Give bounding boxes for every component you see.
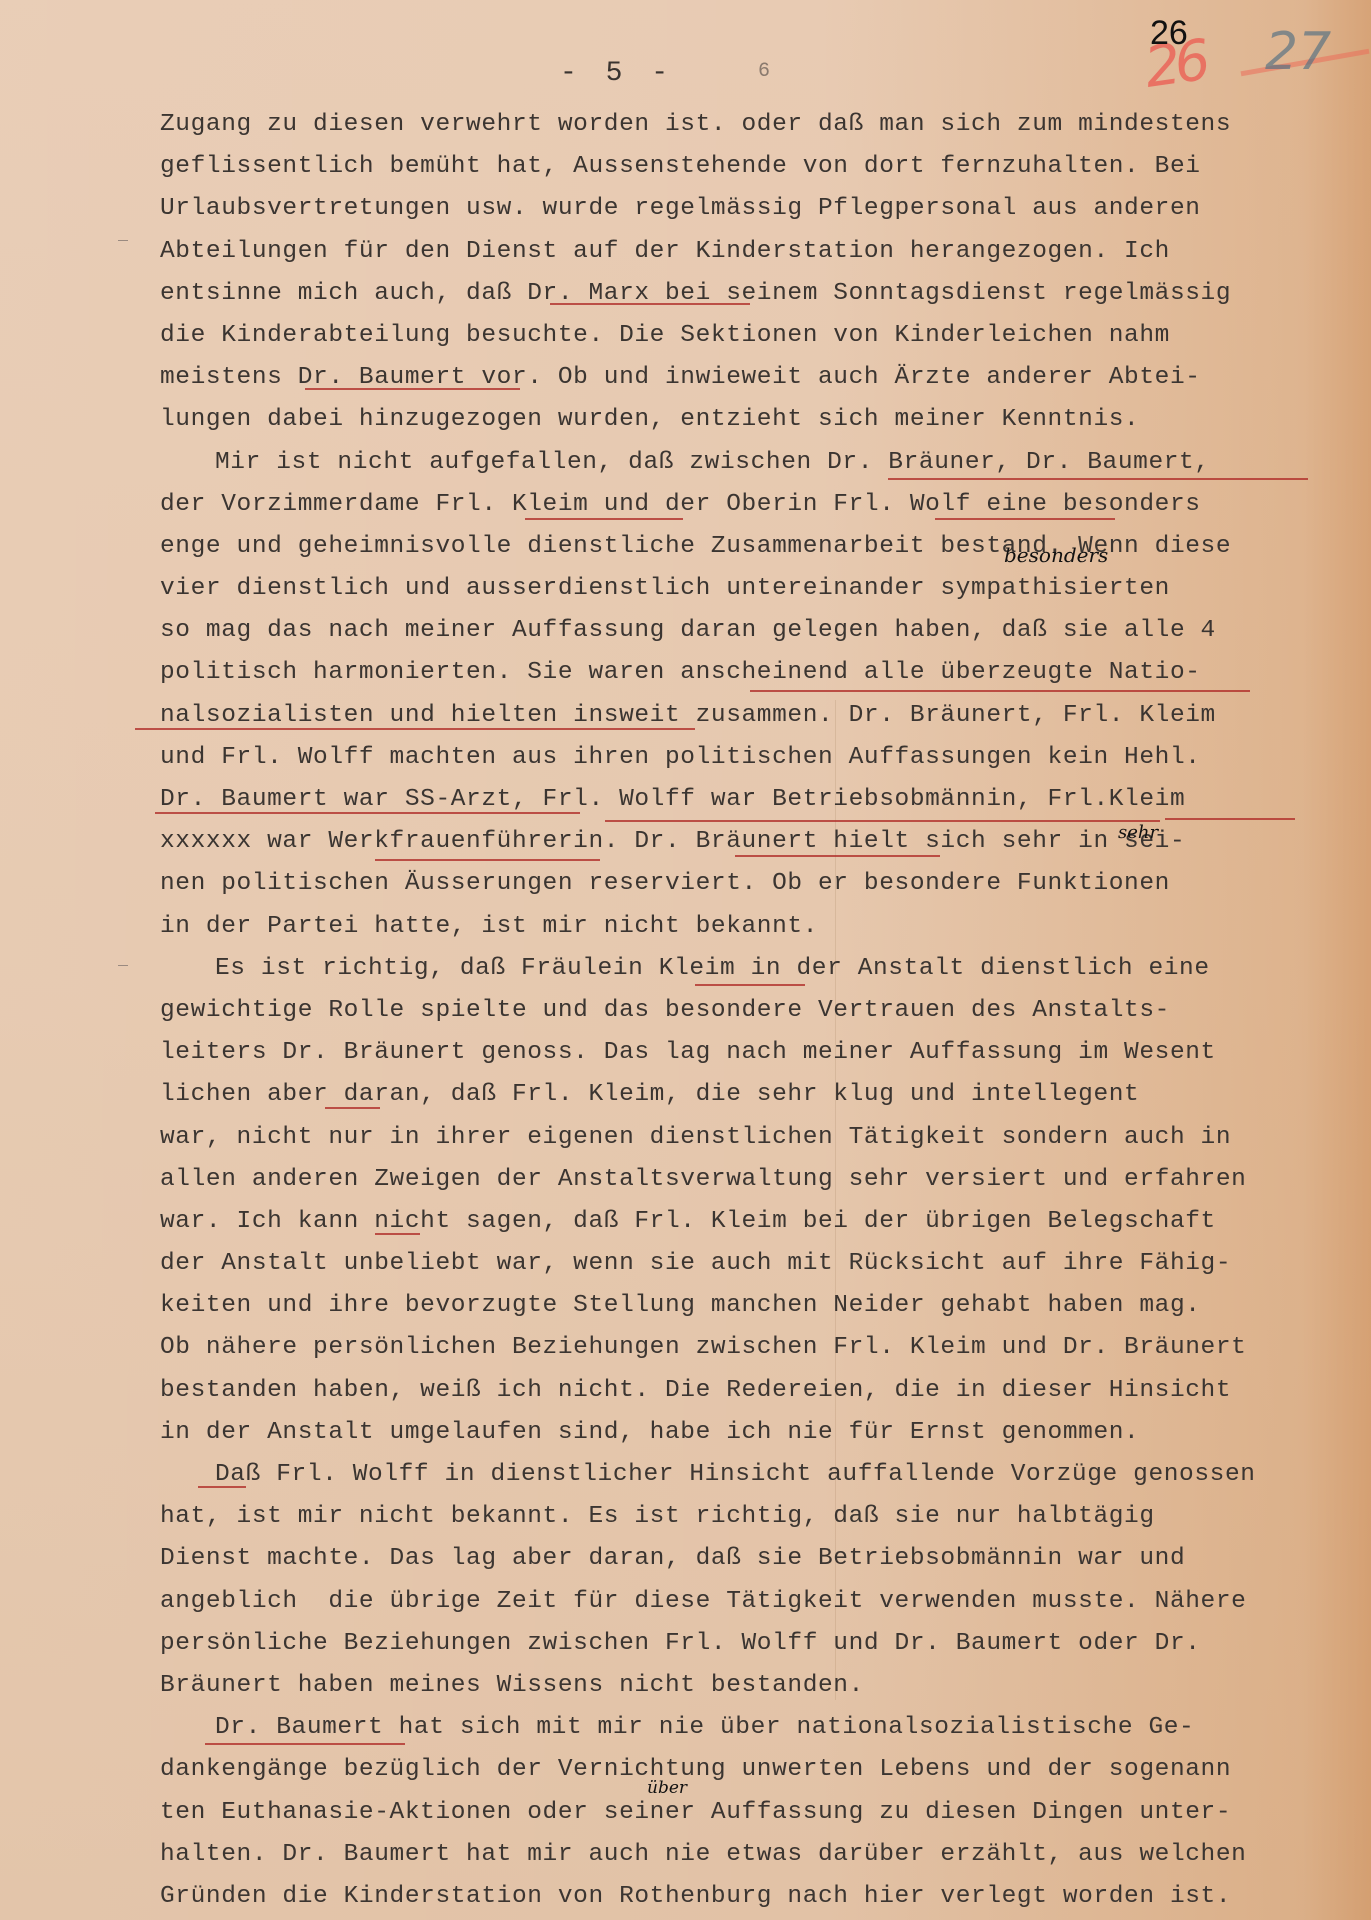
text-line: nen politischen Äusserungen reserviert. … [160,863,1360,905]
red-underline [155,812,580,814]
text-line: in der Partei hatte, ist mir nicht bekan… [160,906,1360,948]
text-line: persönliche Beziehungen zwischen Frl. Wo… [160,1623,1360,1665]
page-number: - 5 - [560,58,674,89]
text-line: nalsozialisten und hielten insweit zusam… [160,695,1360,737]
text-line: entsinne mich auch, daß Dr. Marx bei sei… [160,273,1360,315]
text-line: angeblich die übrige Zeit für diese Täti… [160,1581,1360,1623]
text-line: Zugang zu diesen verwehrt worden ist. od… [160,104,1360,146]
margin-tick [118,240,128,241]
red-underline [605,820,1160,822]
text-line: enge und geheimnisvolle dienstliche Zusa… [160,526,1360,568]
archive-number-black: 26 [1150,14,1188,53]
red-underline [525,518,683,520]
text-line: xxxxxx war Werkfrauenführerin. Dr. Bräun… [160,821,1360,863]
red-underline [375,859,600,861]
red-underline [1165,818,1295,820]
red-underline [198,1486,246,1488]
text-line: und Frl. Wolff machten aus ihren politis… [160,737,1360,779]
text-line: allen anderen Zweigen der Anstaltsverwal… [160,1159,1360,1201]
handwritten-ueber: über [647,1778,687,1798]
text-line: der Vorzimmerdame Frl. Kleim und der Obe… [160,484,1360,526]
text-line: der Anstalt unbeliebt war, wenn sie auch… [160,1243,1360,1285]
handwritten-besonders: besonders [1004,543,1108,567]
document-page: 26 27 26 - 5 - 6 Zugang zu diesen verweh… [0,0,1371,1920]
text-line: Dienst machte. Das lag aber daran, daß s… [160,1538,1360,1580]
red-underline [750,690,1250,692]
red-underline [735,855,940,857]
text-line: geflissentlich bemüht hat, Aussenstehend… [160,146,1360,188]
red-underline [695,984,805,986]
handwritten-sehr: sehr [1118,822,1158,843]
text-line: Ob nähere persönlichen Beziehungen zwisc… [160,1327,1360,1369]
red-underline [935,518,1115,520]
text-line: Gründen die Kinderstation von Rothenburg… [160,1876,1360,1918]
page-number-alt: 6 [758,60,770,83]
red-underline [375,1233,420,1235]
text-line: so mag das nach meiner Auffassung daran … [160,610,1360,652]
text-line: ten Euthanasie-Aktionen oder seiner Auff… [160,1792,1360,1834]
typewritten-body: Zugang zu diesen verwehrt worden ist. od… [160,104,1360,1918]
text-line: lichen aber daran, daß Frl. Kleim, die s… [160,1074,1360,1116]
text-line: gewichtige Rolle spielte und das besonde… [160,990,1360,1032]
text-line: meistens Dr. Baumert vor. Ob und inwiewe… [160,357,1360,399]
text-line: in der Anstalt umgelaufen sind, habe ich… [160,1412,1360,1454]
red-underline [305,388,520,390]
text-line: keiten und ihre bevorzugte Stellung manc… [160,1285,1360,1327]
text-line: war. Ich kann nicht sagen, daß Frl. Klei… [160,1201,1360,1243]
text-line: Bräunert haben meines Wissens nicht best… [160,1665,1360,1707]
text-line: politisch harmonierten. Sie waren ansche… [160,652,1360,694]
text-line: vier dienstlich und ausserdienstlich unt… [160,568,1360,610]
text-line: leiters Dr. Bräunert genoss. Das lag nac… [160,1032,1360,1074]
text-line: dankengänge bezüglich der Vernichtung un… [160,1749,1360,1791]
red-underline [205,1743,405,1745]
text-line: lungen dabei hinzugezogen wurden, entzie… [160,399,1360,441]
text-line: bestanden haben, weiß ich nicht. Die Red… [160,1370,1360,1412]
text-line: Abteilungen für den Dienst auf der Kinde… [160,231,1360,273]
text-line: Daß Frl. Wolff in dienstlicher Hinsicht … [160,1454,1360,1496]
red-underline [135,728,695,730]
margin-tick [118,965,128,966]
red-underline [888,478,1308,480]
red-underline [325,1107,380,1109]
text-line: Urlaubsvertretungen usw. wurde regelmäss… [160,188,1360,230]
text-line: die Kinderabteilung besuchte. Die Sektio… [160,315,1360,357]
text-line: Dr. Baumert war SS-Arzt, Frl. Wolff war … [160,779,1360,821]
archive-number-blue: 27 [1265,22,1331,82]
red-underline [550,303,750,305]
text-line: hat, ist mir nicht bekannt. Es ist richt… [160,1496,1360,1538]
text-line: halten. Dr. Baumert hat mir auch nie etw… [160,1834,1360,1876]
text-line: war, nicht nur in ihrer eigenen dienstli… [160,1117,1360,1159]
